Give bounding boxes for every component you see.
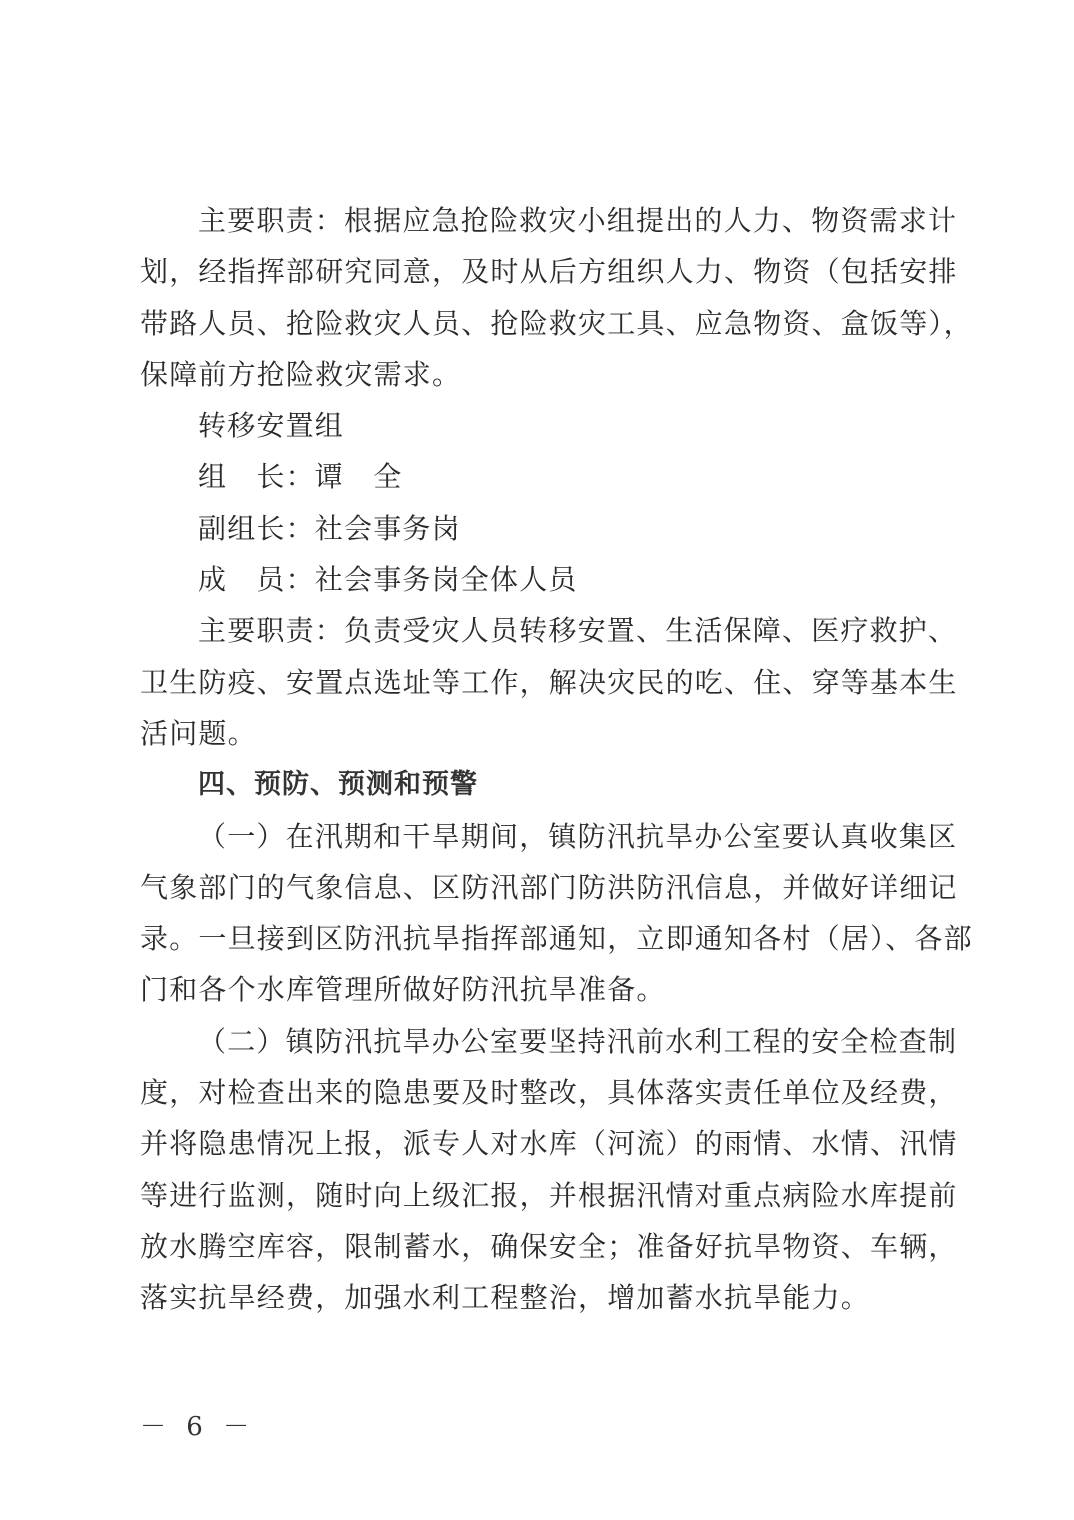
group-members: 成 员：社会事务岗全体人员 (140, 554, 940, 605)
text-line: 活问题。 (140, 708, 940, 759)
page-number: － 6 － (140, 1406, 255, 1443)
deputy-group-leader: 副组长：社会事务岗 (140, 503, 940, 554)
text-line: 带路人员、抢险救灾人员、抢险救灾工具、应急物资、盒饭等）， (140, 298, 940, 349)
text-line: 并将隐患情况上报，派专人对水库（河流）的雨情、水情、汛情 (140, 1118, 940, 1169)
text-line: （一）在汛期和干旱期间，镇防汛抗旱办公室要认真收集区 (140, 811, 940, 862)
text-line: 放水腾空库容，限制蓄水，确保安全；准备好抗旱物资、车辆， (140, 1221, 940, 1272)
text-line: 录。一旦接到区防汛抗旱指挥部通知，立即通知各村（居）、各部 (140, 913, 940, 964)
text-line: （二）镇防汛抗旱办公室要坚持汛前水利工程的安全检查制 (140, 1016, 940, 1067)
text-line: 保障前方抢险救灾需求。 (140, 349, 940, 400)
document-page: 主要职责：根据应急抢险救灾小组提出的人力、物资需求计 划，经指挥部研究同意，及时… (140, 195, 940, 1324)
text-line: 落实抗旱经费，加强水利工程整治，增加蓄水抗旱能力。 (140, 1272, 940, 1323)
paragraph-item-1: （一）在汛期和干旱期间，镇防汛抗旱办公室要认真收集区 气象部门的气象信息、区防汛… (140, 811, 940, 1016)
text-line: 卫生防疫、安置点选址等工作，解决灾民的吃、住、穿等基本生 (140, 657, 940, 708)
text-line: 主要职责：根据应急抢险救灾小组提出的人力、物资需求计 (140, 195, 940, 246)
text-line: 气象部门的气象信息、区防汛部门防洪防汛信息，并做好详细记 (140, 862, 940, 913)
group-leader: 组 长：谭 全 (140, 451, 940, 502)
section-heading: 四、预防、预测和预警 (140, 759, 940, 810)
text-line: 等进行监测，随时向上级汇报，并根据汛情对重点病险水库提前 (140, 1170, 940, 1221)
paragraph-item-2: （二）镇防汛抗旱办公室要坚持汛前水利工程的安全检查制 度，对检查出来的隐患要及时… (140, 1016, 940, 1324)
text-line: 门和各个水库管理所做好防汛抗旱准备。 (140, 964, 940, 1015)
text-line: 主要职责：负责受灾人员转移安置、生活保障、医疗救护、 (140, 605, 940, 656)
group-title-relocation: 转移安置组 (140, 400, 940, 451)
text-line: 度，对检查出来的隐患要及时整改，具体落实责任单位及经费， (140, 1067, 940, 1118)
text-line: 划，经指挥部研究同意，及时从后方组织人力、物资（包括安排 (140, 246, 940, 297)
paragraph-responsibilities-logistics: 主要职责：根据应急抢险救灾小组提出的人力、物资需求计 划，经指挥部研究同意，及时… (140, 195, 940, 400)
paragraph-responsibilities-relocation: 主要职责：负责受灾人员转移安置、生活保障、医疗救护、 卫生防疫、安置点选址等工作… (140, 605, 940, 759)
